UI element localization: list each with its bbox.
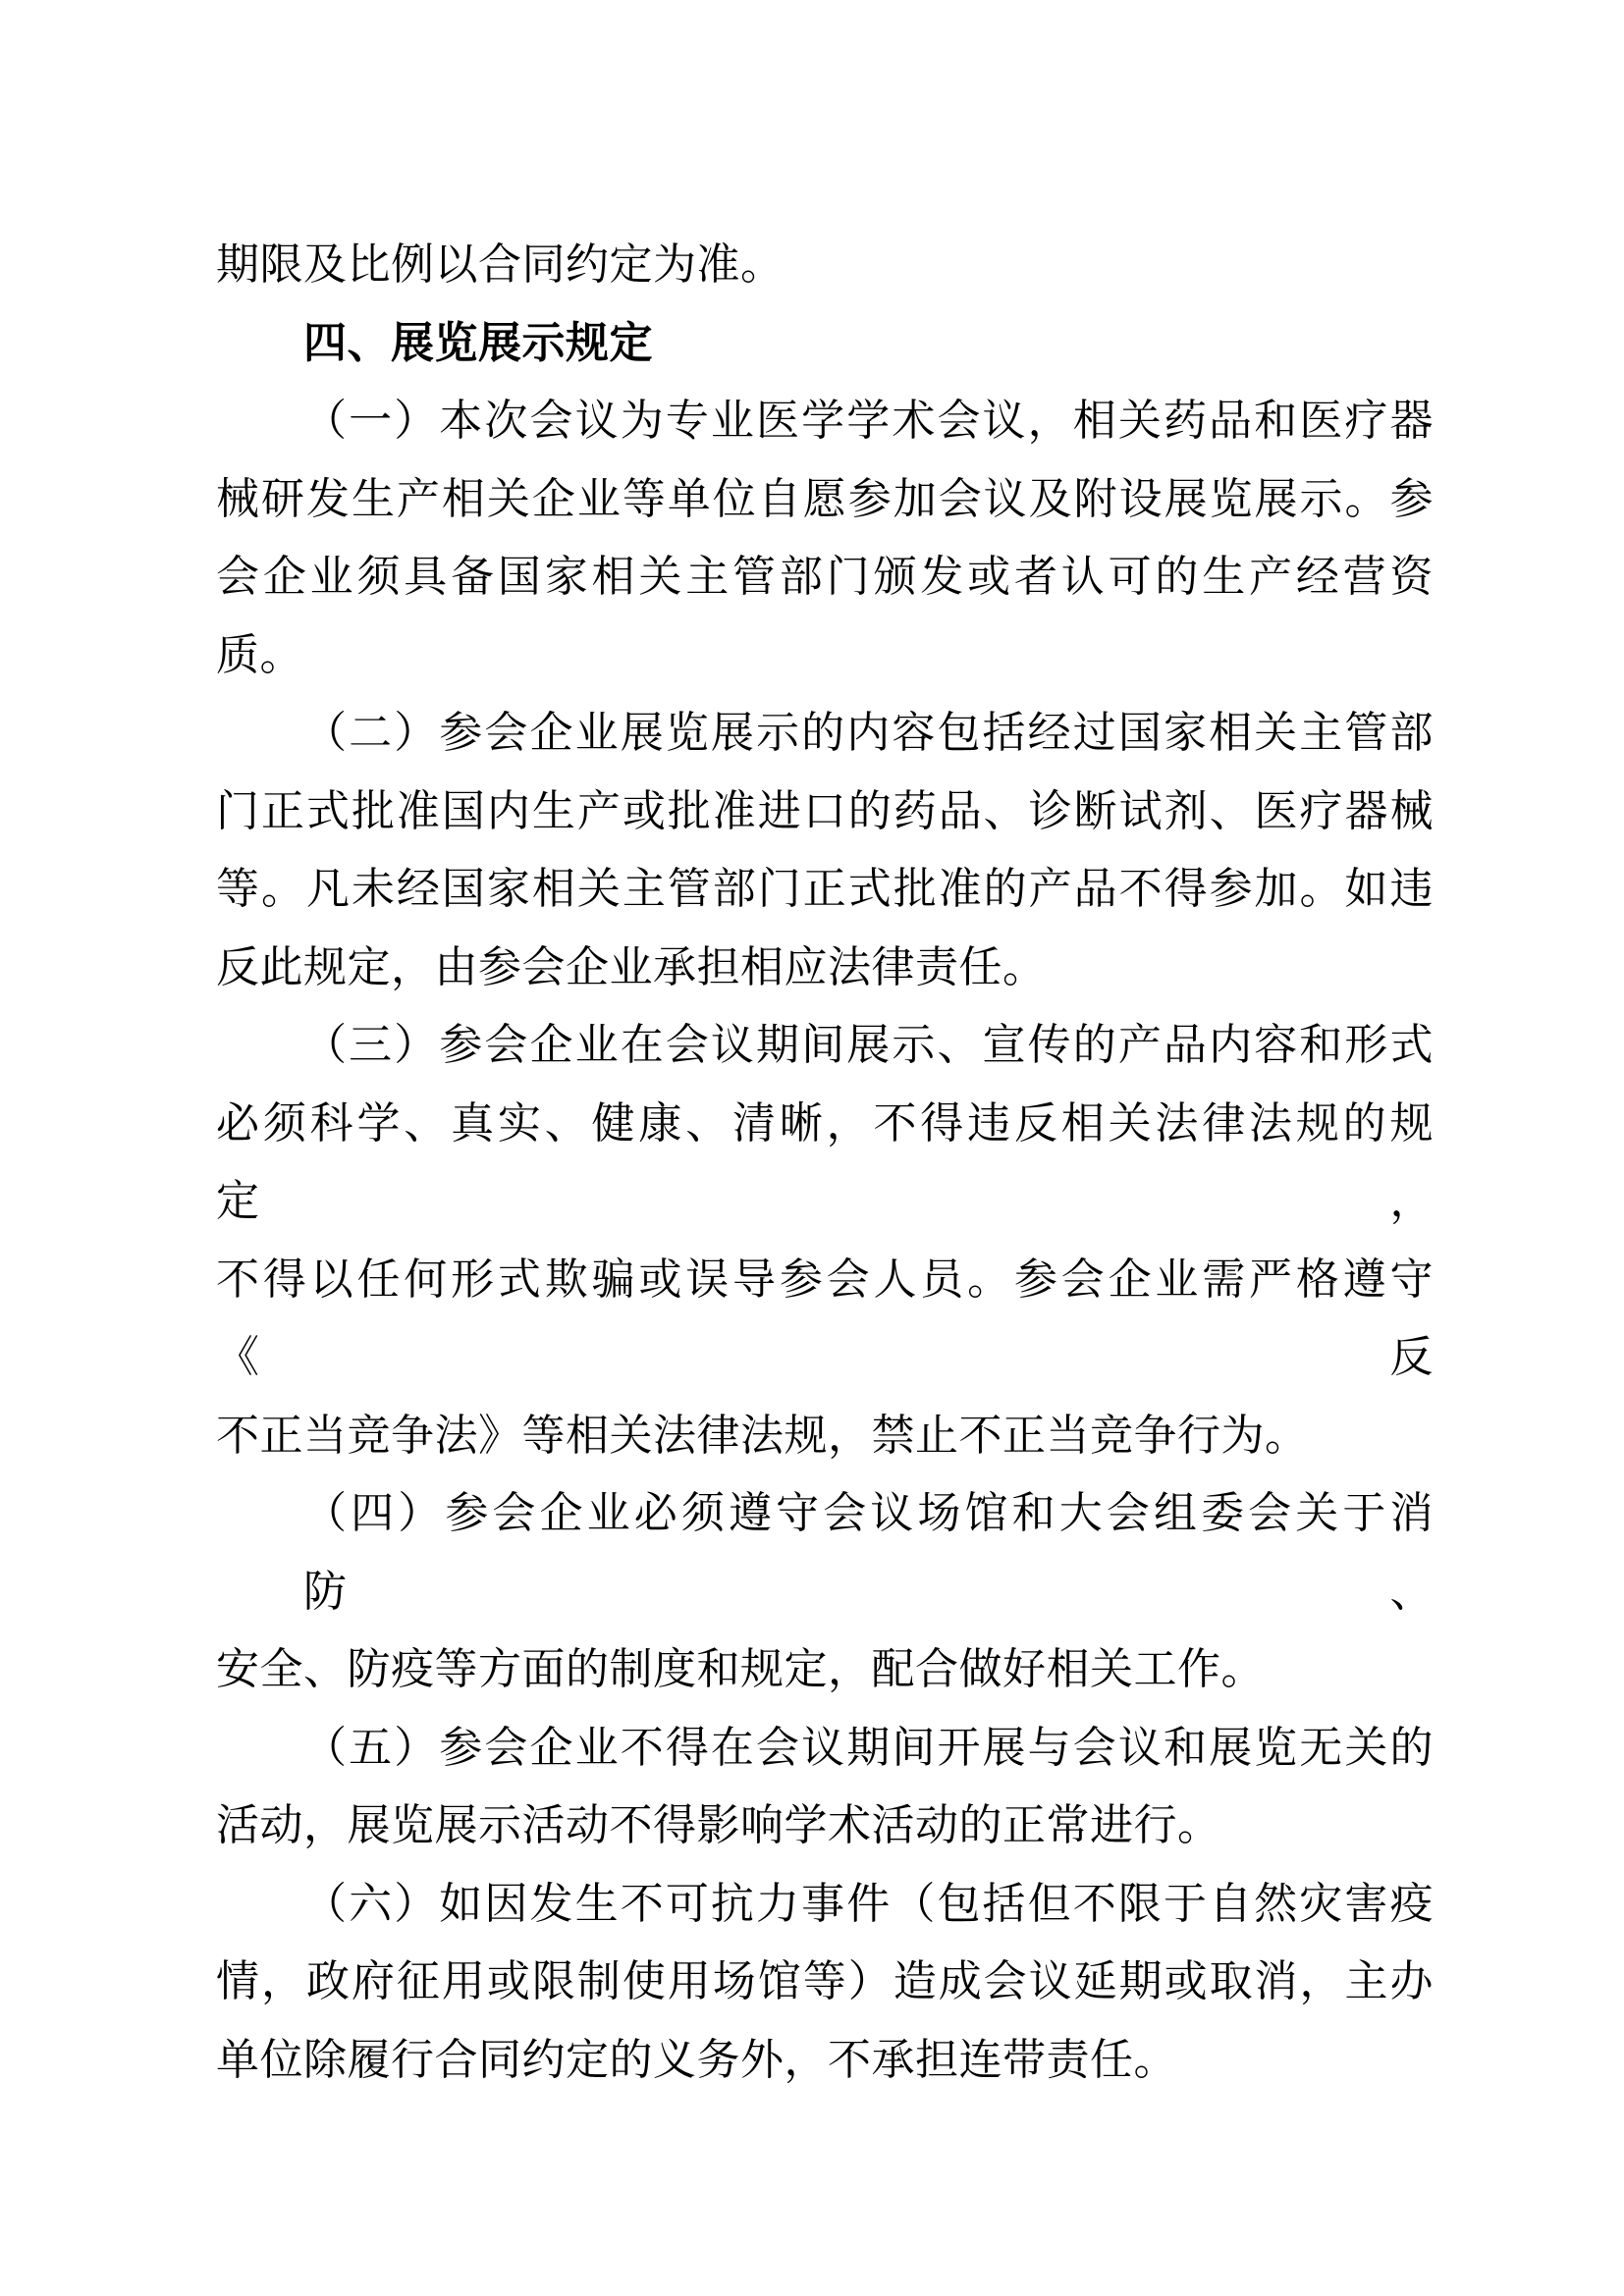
document-line: 等。凡未经国家相关主管部门正式批准的产品不得参加。如违 — [216, 850, 1434, 929]
document-line: 安全、防疫等方面的制度和规定，配合做好相关工作。 — [216, 1630, 1434, 1709]
document-line: （三）参会企业在会议期间展示、宣传的产品内容和形式 — [216, 1006, 1434, 1085]
document-line: 期限及比例以合同约定为准。 — [216, 226, 1434, 304]
document-line: 门正式批准国内生产或批准进口的药品、诊断试剂、医疗器械 — [216, 773, 1434, 851]
document-line: （一）本次会议为专业医学学术会议，相关药品和医疗器 — [216, 382, 1434, 460]
document-line: 活动，展览展示活动不得影响学术活动的正常进行。 — [216, 1787, 1434, 1865]
document-line: 单位除履行合同约定的义务外，不承担连带责任。 — [216, 2021, 1434, 2100]
document-line: 械研发生产相关企业等单位自愿参加会议及附设展览展示。参 — [216, 460, 1434, 539]
document-line: （六）如因发生不可抗力事件（包括但不限于自然灾害疫 — [216, 1865, 1434, 1944]
document-line: 质。 — [216, 616, 1434, 695]
document-line: （五）参会企业不得在会议期间开展与会议和展览无关的 — [216, 1709, 1434, 1788]
document-text-block: 期限及比例以合同约定为准。 四、展览展示规定 （一）本次会议为专业医学学术会议，… — [216, 226, 1434, 2099]
section-heading: 四、展览展示规定 — [216, 304, 1434, 383]
document-line: 反此规定，由参会企业承担相应法律责任。 — [216, 929, 1434, 1007]
document-line: 会企业须具备国家相关主管部门颁发或者认可的生产经营资 — [216, 538, 1434, 616]
document-line: 不正当竞争法》等相关法律法规，禁止不正当竞争行为。 — [216, 1397, 1434, 1475]
document-line: （二）参会企业展览展示的内容包括经过国家相关主管部 — [216, 694, 1434, 773]
document-page: 期限及比例以合同约定为准。 四、展览展示规定 （一）本次会议为专业医学学术会议，… — [0, 0, 1624, 2296]
document-line: 必须科学、真实、健康、清晰，不得违反相关法律法规的规定， — [216, 1085, 1434, 1241]
document-line: 不得以任何形式欺骗或误导参会人员。参会企业需严格遵守《反 — [216, 1241, 1434, 1397]
document-line: （四）参会企业必须遵守会议场馆和大会组委会关于消防、 — [216, 1474, 1434, 1630]
document-line: 情，政府征用或限制使用场馆等）造成会议延期或取消，主办 — [216, 1943, 1434, 2021]
